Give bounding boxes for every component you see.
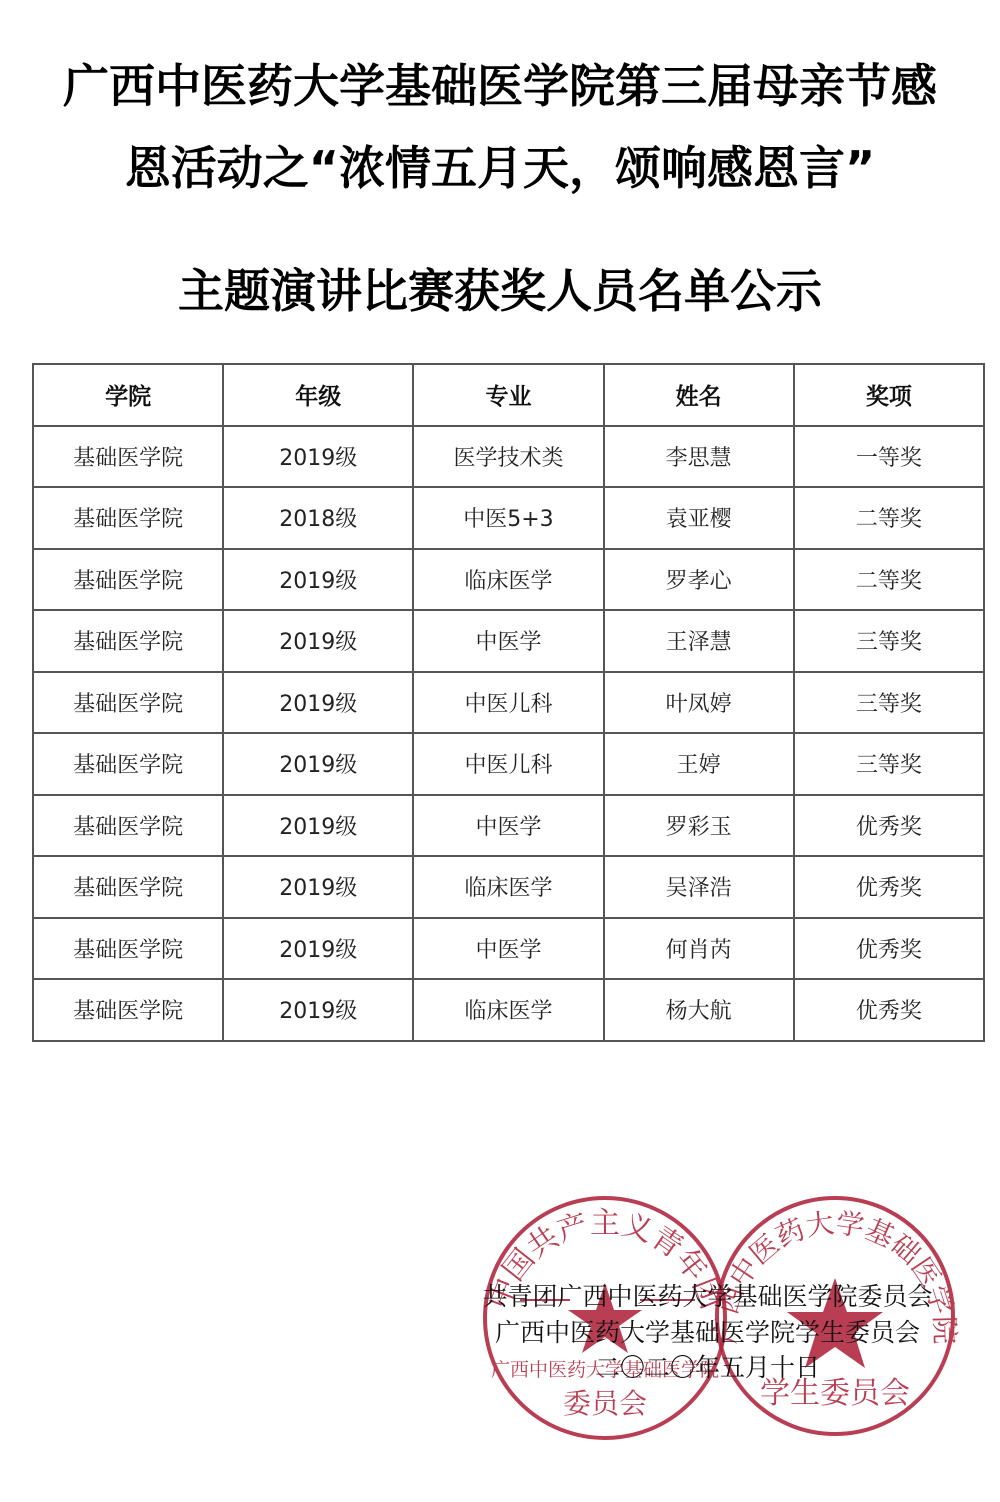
cell-major: 中医学 xyxy=(413,918,603,980)
table-row: 基础医学院 2019级 中医学 何肖芮 优秀奖 xyxy=(33,918,984,980)
table-row: 基础医学院 2019级 中医学 罗彩玉 优秀奖 xyxy=(33,795,984,857)
cell-major: 中医儿科 xyxy=(413,672,603,734)
cell-name: 叶凤婷 xyxy=(604,672,794,734)
cell-college: 基础医学院 xyxy=(33,795,223,857)
cell-award: 三等奖 xyxy=(794,672,984,734)
cell-award: 优秀奖 xyxy=(794,795,984,857)
cell-major: 中医学 xyxy=(413,610,603,672)
cell-major: 临床医学 xyxy=(413,549,603,611)
cell-college: 基础医学院 xyxy=(33,487,223,549)
cell-award: 优秀奖 xyxy=(794,856,984,918)
cell-college: 基础医学院 xyxy=(33,672,223,734)
cell-name: 杨大航 xyxy=(604,979,794,1041)
signature-org-1: 共青团广西中医药大学基础医学院委员会 xyxy=(440,1277,975,1313)
cell-grade: 2019级 xyxy=(223,426,413,488)
cell-award: 三等奖 xyxy=(794,610,984,672)
cell-award: 二等奖 xyxy=(794,549,984,611)
cell-college: 基础医学院 xyxy=(33,610,223,672)
cell-grade: 2018级 xyxy=(223,487,413,549)
cell-college: 基础医学院 xyxy=(33,549,223,611)
cell-grade: 2019级 xyxy=(223,979,413,1041)
cell-major: 医学技术类 xyxy=(413,426,603,488)
header-major: 专业 xyxy=(413,364,603,426)
cell-college: 基础医学院 xyxy=(33,918,223,980)
cell-major: 中医5+3 xyxy=(413,487,603,549)
cell-major: 临床医学 xyxy=(413,856,603,918)
table-row: 基础医学院 2019级 中医儿科 王婷 三等奖 xyxy=(33,733,984,795)
cell-award: 优秀奖 xyxy=(794,918,984,980)
cell-major: 中医儿科 xyxy=(413,733,603,795)
cell-major: 临床医学 xyxy=(413,979,603,1041)
cell-grade: 2019级 xyxy=(223,549,413,611)
cell-name: 李思慧 xyxy=(604,426,794,488)
header-award: 奖项 xyxy=(794,364,984,426)
cell-award: 一等奖 xyxy=(794,426,984,488)
cell-name: 罗彩玉 xyxy=(604,795,794,857)
title-line-3: 主题演讲比赛获奖人员名单公示 xyxy=(0,255,1000,321)
cell-grade: 2019级 xyxy=(223,672,413,734)
table-row: 基础医学院 2019级 临床医学 吴泽浩 优秀奖 xyxy=(33,856,984,918)
cell-name: 袁亚樱 xyxy=(604,487,794,549)
cell-college: 基础医学院 xyxy=(33,426,223,488)
cell-grade: 2019级 xyxy=(223,856,413,918)
cell-name: 王泽慧 xyxy=(604,610,794,672)
cell-award: 二等奖 xyxy=(794,487,984,549)
table-row: 基础医学院 2019级 临床医学 杨大航 优秀奖 xyxy=(33,979,984,1041)
cell-name: 吴泽浩 xyxy=(604,856,794,918)
cell-grade: 2019级 xyxy=(223,918,413,980)
cell-grade: 2019级 xyxy=(223,795,413,857)
cell-name: 何肖芮 xyxy=(604,918,794,980)
table-row: 基础医学院 2019级 医学技术类 李思慧 一等奖 xyxy=(33,426,984,488)
cell-name: 罗孝心 xyxy=(604,549,794,611)
cell-college: 基础医学院 xyxy=(33,733,223,795)
table-row: 基础医学院 2018级 中医5+3 袁亚樱 二等奖 xyxy=(33,487,984,549)
cell-grade: 2019级 xyxy=(223,733,413,795)
cell-college: 基础医学院 xyxy=(33,856,223,918)
cell-award: 三等奖 xyxy=(794,733,984,795)
cell-name: 王婷 xyxy=(604,733,794,795)
awards-table: 学院 年级 专业 姓名 奖项 基础医学院 2019级 医学技术类 李思慧 一等奖… xyxy=(32,363,985,1042)
cell-award: 优秀奖 xyxy=(794,979,984,1041)
title-line-2: 恩活动之“浓情五月天，颂响感恩言” xyxy=(0,132,1000,198)
cell-major: 中医学 xyxy=(413,795,603,857)
header-college: 学院 xyxy=(33,364,223,426)
table-row: 基础医学院 2019级 中医儿科 叶凤婷 三等奖 xyxy=(33,672,984,734)
table-header-row: 学院 年级 专业 姓名 奖项 xyxy=(33,364,984,426)
header-name: 姓名 xyxy=(604,364,794,426)
signature-org-2: 广西中医药大学基础医学院学生委员会 xyxy=(440,1313,975,1349)
cell-college: 基础医学院 xyxy=(33,979,223,1041)
table-row: 基础医学院 2019级 中医学 王泽慧 三等奖 xyxy=(33,610,984,672)
signature-date: 二〇二〇年五月十日 xyxy=(440,1348,975,1384)
left-seal-bottom-text: 委员会 xyxy=(563,1387,647,1420)
table-row: 基础医学院 2019级 临床医学 罗孝心 二等奖 xyxy=(33,549,984,611)
cell-grade: 2019级 xyxy=(223,610,413,672)
header-grade: 年级 xyxy=(223,364,413,426)
title-line-1: 广西中医药大学基础医学院第三届母亲节感 xyxy=(0,50,1000,116)
